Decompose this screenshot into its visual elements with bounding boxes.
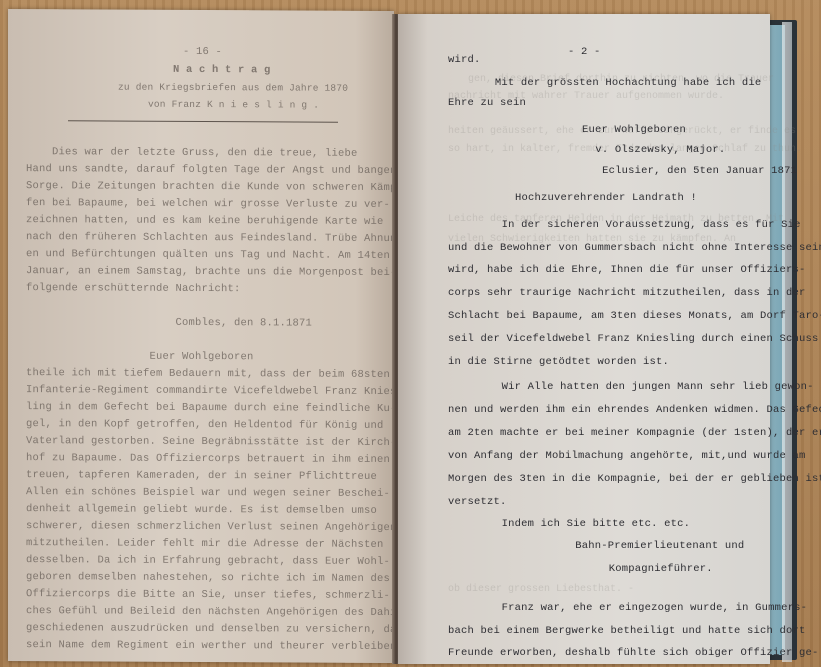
text-line: fen bei Bapaume, bei welchen wir grosse … (26, 198, 390, 210)
text-line: Euer Wohlgeboren (26, 351, 254, 363)
text-line: nen und werden ihm ein ehrendes Andenken… (448, 405, 821, 416)
text-line: Kompagnieführer. (609, 564, 713, 575)
text-line: corps sehr traurige Nachricht mitzutheil… (448, 288, 806, 299)
text-line: zeichnen hatten, und es kam keine beruhi… (26, 215, 384, 227)
text-line: wird, habe ich die Ehre, Ihnen die für u… (448, 265, 806, 276)
text-line: Hand uns sandte, darauf folgten Tage der… (26, 164, 397, 176)
text-line: ling in dem Gefecht bei Bapaume durch ei… (26, 402, 397, 414)
text-line: geschiedenen auszudrücken und denselben … (26, 623, 410, 636)
heading-underline (68, 120, 338, 122)
text-line: Hochzuverehrender Landrath ! (515, 193, 697, 204)
text-line: Offiziercorps die Bitte an Sie, unser ti… (26, 589, 390, 601)
text-line: desselben. Da ich in Erfahrung gebracht,… (26, 555, 390, 567)
text-line: Euer Wohlgeboren (582, 125, 686, 136)
text-line: In der sicheren Voraussetzung, dass es f… (502, 220, 801, 231)
text-line: ches Gefühl und Beileid den nächsten Ang… (26, 606, 410, 619)
text-line: v. Olszewsky, Major. (595, 145, 725, 156)
text-line: Wir Alle hatten den jungen Mann sehr lie… (502, 382, 814, 393)
left-heading-title: N a c h t r a g (173, 65, 271, 76)
text-line: hof zu Bapaume. Das Offiziercorps betrau… (26, 453, 390, 465)
text-line: versetzt. (448, 497, 507, 508)
text-line: Eclusier, den 5ten Januar 1871 (602, 166, 797, 177)
left-page: - 16 - N a c h t r a g zu den Kriegsbrie… (8, 9, 394, 663)
text-line: Januar, an einem Samstag, brachte uns di… (26, 266, 397, 278)
text-line: Bahn-Premierlieutenant und (575, 541, 744, 552)
text-line: folgende erschütternde Nachricht: (26, 283, 241, 295)
left-heading-author: von Franz K n i e s l i n g . (148, 100, 319, 110)
text-line: Vaterland gestorben. Seine Begräbnisstät… (26, 436, 397, 448)
text-line: Combles, den 8.1.1871 (26, 317, 312, 329)
text-line: sein Name dem Regiment ein werther und t… (26, 640, 397, 652)
text-line: Ehre zu sein (448, 98, 526, 109)
text-line: Indem ich Sie bitte etc. etc. (502, 519, 691, 530)
text-line: in die Stirne getödtet worden ist. (448, 357, 669, 368)
text-line: Sorge. Die Zeitungen brachten die Kunde … (26, 181, 403, 193)
text-line: mitzutheilen. Leider fehlt mir die Adres… (26, 538, 384, 550)
text-line: und die Bewohner von Gummersbach nicht o… (448, 243, 821, 254)
text-line: bach bei einem Bergwerke betheiligt und … (448, 626, 806, 637)
text-line: Franz war, ehe er eingezogen wurde, in G… (502, 603, 808, 614)
left-page-number: - 16 - (183, 47, 222, 58)
text-line: wird. (448, 55, 481, 66)
text-line: Schlacht bei Bapaume, am 3ten dieses Mon… (448, 311, 821, 322)
text-line: theile ich mit tiefem Bedauern mit, dass… (26, 368, 390, 380)
text-line: en und Befürchtungen quälten uns Tag und… (26, 249, 390, 261)
text-line: nach den früheren Schlachten aus Feindes… (26, 232, 410, 245)
text-line: von Anfang der Mobilmachung angehörte, m… (448, 451, 806, 462)
text-line: Morgen des 3ten in die Kompagnie, bei de… (448, 474, 821, 485)
text-line: treuen, tapferen Kameraden, der in seine… (26, 470, 377, 482)
text-line: seil der Vicefeldwebel Franz Kniesling d… (448, 334, 819, 345)
text-line: Allen ein schönes Beispiel war und wegen… (26, 487, 390, 499)
text-line: Dies war der letzte Gruss, den die treue… (26, 147, 358, 159)
text-line: Mit der grössten Hochachtung habe ich di… (495, 78, 762, 89)
right-page: gen, diesen Brief dorthin zu richten, wo… (398, 14, 770, 664)
text-line: denheit allgemein geliebt wurde. Es ist … (26, 504, 377, 516)
text-line: am 2ten machte er bei meiner Kompagnie (… (448, 428, 821, 439)
text-line: gel, in den Kopf getroffen, den Heldento… (26, 419, 384, 431)
right-page-number: - 2 - (568, 47, 601, 58)
left-heading-subtitle: zu den Kriegsbriefen aus dem Jahre 1870 (118, 83, 348, 94)
text-line: schwerer, diesen schmerzlichen Verlust s… (26, 521, 397, 533)
text-line: Infanterie-Regiment commandirte Vicefeld… (26, 385, 403, 397)
text-line: geboren demselben nahestehen, so richte … (26, 572, 390, 584)
text-line: Freunde erworben, deshalb fühlte sich ob… (448, 648, 819, 659)
